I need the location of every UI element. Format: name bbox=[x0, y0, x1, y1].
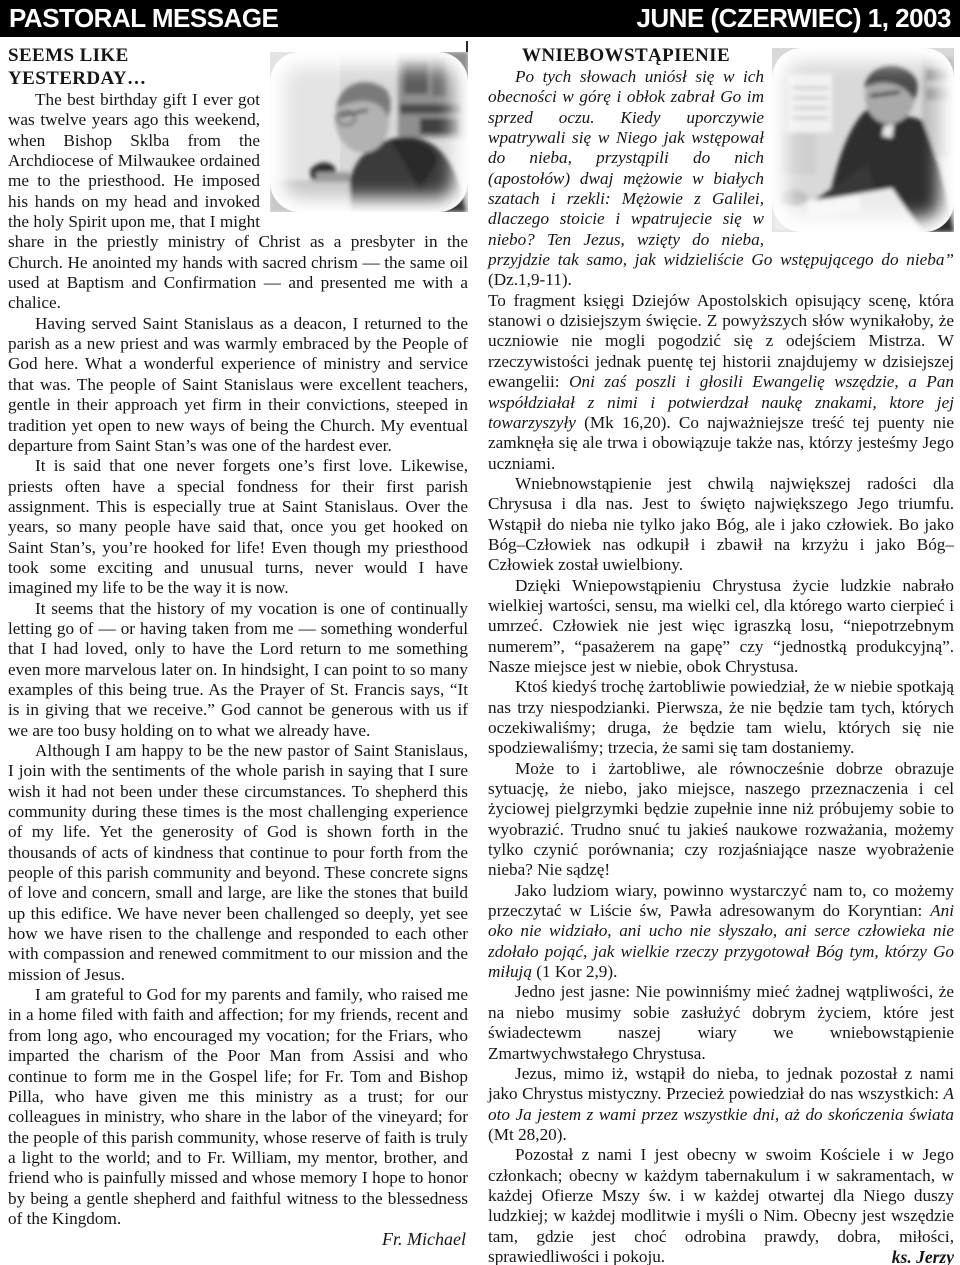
article-body-polish: Po tych słowach uniósł się w ich obecnoś… bbox=[488, 67, 954, 1265]
paragraph: Although I am happy to be the new pastor… bbox=[8, 741, 468, 985]
paragraph: Pozostał z nami I jest obecny w swoim Ko… bbox=[488, 1145, 954, 1265]
article-body-english: The best birthday gift I ever got was tw… bbox=[8, 90, 468, 1229]
newsletter-page: PASTORAL MESSAGE JUNE (CZERWIEC) 1, 2003 bbox=[0, 0, 960, 1265]
paragraph: It seems that the history of my vocation… bbox=[8, 599, 468, 741]
masthead: PASTORAL MESSAGE JUNE (CZERWIEC) 1, 2003 bbox=[0, 0, 960, 37]
paragraph: The best birthday gift I ever got was tw… bbox=[8, 90, 468, 314]
paragraph: It is said that one never forgets one’s … bbox=[8, 456, 468, 598]
paragraph: Having served Saint Stanislaus as a deac… bbox=[8, 314, 468, 456]
paragraph: Wniebnowstąpienie jest chwilą największe… bbox=[488, 474, 954, 576]
paragraph: Jezus, mimo iż, wstąpił do nieba, to jed… bbox=[488, 1064, 954, 1145]
paragraph: I am grateful to God for my parents and … bbox=[8, 985, 468, 1229]
paragraph: Po tych słowach uniósł się w ich obecnoś… bbox=[488, 67, 954, 291]
paragraph: Dzięki Wniepowstąpieniu Chrystusa życie … bbox=[488, 576, 954, 678]
paragraph: Jako ludziom wiary, powinno wystarczyć n… bbox=[488, 881, 954, 983]
signature-english: Fr. Michael bbox=[8, 1229, 468, 1249]
signature-polish: ks. Jerzy bbox=[886, 1247, 954, 1265]
paragraph: To fragment księgi Dziejów Apostolskich … bbox=[488, 291, 954, 474]
polish-column: WNIEBOWSTĄPIENIE Po tych słowach uniósł … bbox=[488, 44, 954, 1265]
paragraph: Ktoś kiedyś trochę żartobliwie powiedzia… bbox=[488, 677, 954, 758]
masthead-title: PASTORAL MESSAGE bbox=[9, 3, 278, 34]
masthead-date: JUNE (CZERWIEC) 1, 2003 bbox=[636, 3, 951, 34]
paragraph: Może to i żartobliwe, ale równocześnie d… bbox=[488, 759, 954, 881]
english-column: SEEMS LIKE YESTERDAY… The best birthday … bbox=[8, 44, 468, 1250]
paragraph: Jedno jest jasne: Nie powinniśmy mieć ża… bbox=[488, 982, 954, 1063]
